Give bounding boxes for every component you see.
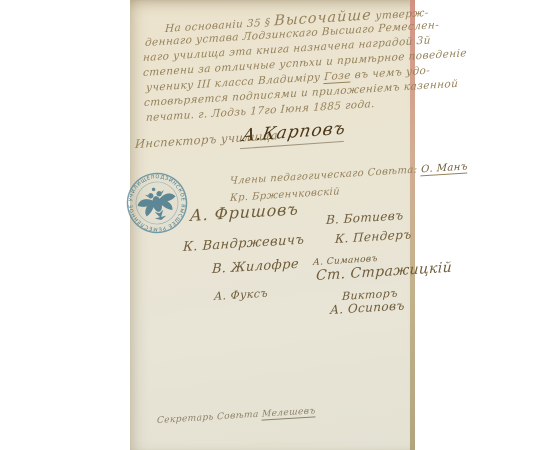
- signature-left-1: А. Фришовъ: [190, 199, 300, 225]
- signature-left-4: А. Фуксъ: [214, 287, 269, 303]
- signature-left-3: В. Жилофре: [212, 257, 300, 277]
- signature-left-2: К. Вандржевичъ: [183, 233, 305, 255]
- secretary-line: Секретарь Совѣта Мелешевъ: [157, 406, 316, 426]
- line-5-suffix: въ чемъ удо-: [351, 65, 431, 82]
- signature-right-1: В. Ботиевъ: [326, 208, 404, 227]
- official-seal: ЛОДЗИНСКОЕ ВЫСШЕЕ РЕМЕСЛЕННОЕ УЧИЛИЩЕ: [114, 160, 200, 246]
- secretary-label: Секретарь Совѣта: [157, 410, 259, 426]
- council-first-signature: О. Манъ: [421, 161, 468, 176]
- manuscript-page: На основаніи 35 § Высочайше утверж- денн…: [130, 0, 415, 450]
- council-label: Члены педагогическаго Совѣта:: [230, 165, 418, 188]
- council-line: Члены педагогическаго Совѣта: О. Манъ: [230, 161, 468, 187]
- inspector-signature: А.Карповъ: [240, 119, 348, 150]
- signature-right-2: К. Пендеръ: [335, 227, 412, 246]
- line-5-underlined-name: Гозе: [324, 69, 351, 84]
- secretary-signature: Мелешевъ: [262, 406, 316, 420]
